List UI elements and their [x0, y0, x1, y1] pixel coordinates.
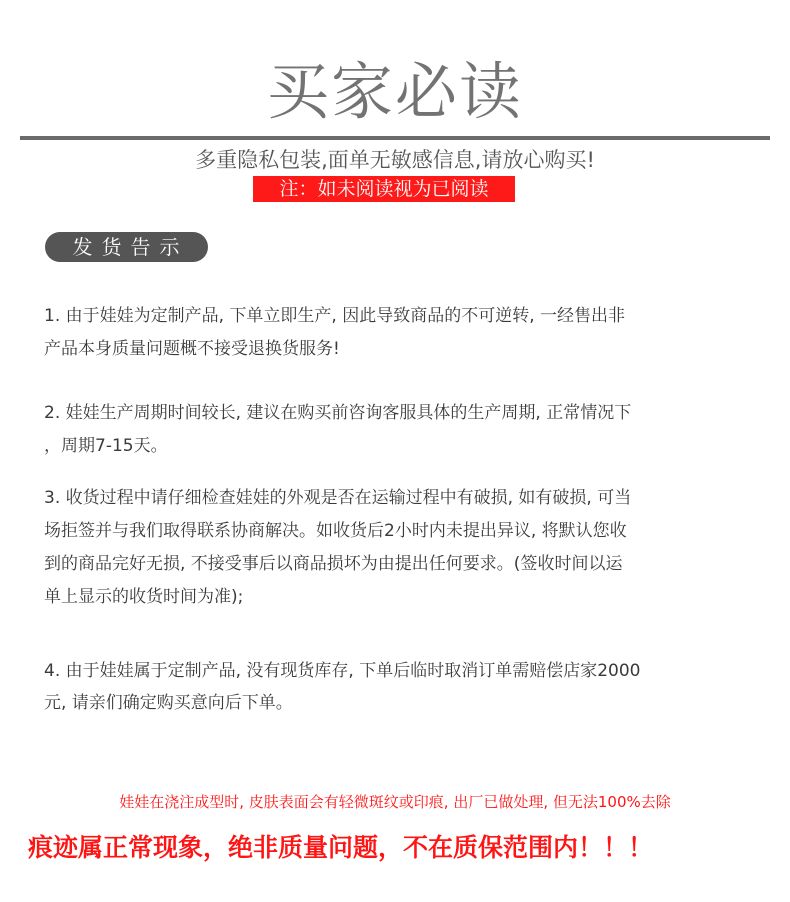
notice-line: 产品本身质量问题概不接受退换货服务! [44, 333, 744, 365]
divider [20, 136, 770, 140]
notice-line: 1. 由于娃娃为定制产品, 下单立即生产, 因此导致商品的不可逆转, 一经售出非 [44, 300, 744, 332]
section-label-shipping-notice: 发货告示 [45, 232, 208, 262]
notice-item-1: 1. 由于娃娃为定制产品, 下单立即生产, 因此导致商品的不可逆转, 一经售出非… [44, 300, 744, 365]
warranty-exclusion-warning: 痕迹属正常现象，绝非质量问题，不在质保范围内！！！ [28, 830, 768, 866]
notice-line: 到的商品完好无损, 不接受事后以商品损坏为由提出任何要求。(签收时间以运 [44, 548, 744, 581]
notice-line: 4. 由于娃娃属于定制产品, 没有现货库存, 下单后临时取消订单需赔偿店家200… [44, 655, 744, 687]
notice-item-4: 4. 由于娃娃属于定制产品, 没有现货库存, 下单后临时取消订单需赔偿店家200… [44, 655, 744, 719]
notice-line: 2. 娃娃生产周期时间较长, 建议在购买前咨询客服具体的生产周期, 正常情况下 [44, 397, 744, 429]
notice-item-3: 3. 收货过程中请仔细检查娃娃的外观是否在运输过程中有破损, 如有破损, 可当 … [44, 482, 744, 614]
page-title: 买家必读 [0, 52, 790, 132]
notice-line: ，周期7-15天。 [44, 430, 744, 462]
read-notice-banner: 注：如未阅读视为已阅读 [253, 176, 515, 202]
notice-line: 元, 请亲们确定购买意向后下单。 [44, 687, 744, 719]
notice-line: 3. 收货过程中请仔细检查娃娃的外观是否在运输过程中有破损, 如有破损, 可当 [44, 482, 744, 515]
privacy-subtitle: 多重隐私包装,面单无敏感信息,请放心购买! [0, 146, 790, 174]
skin-mark-warning: 娃娃在浇注成型时, 皮肤表面会有轻微斑纹或印痕, 出厂已做处理, 但无法100%… [0, 790, 790, 814]
notice-item-2: 2. 娃娃生产周期时间较长, 建议在购买前咨询客服具体的生产周期, 正常情况下 … [44, 397, 744, 462]
notice-line: 单上显示的收货时间为准); [44, 581, 744, 614]
notice-line: 场拒签并与我们取得联系协商解决。如收货后2小时内未提出异议, 将默认您收 [44, 515, 744, 548]
